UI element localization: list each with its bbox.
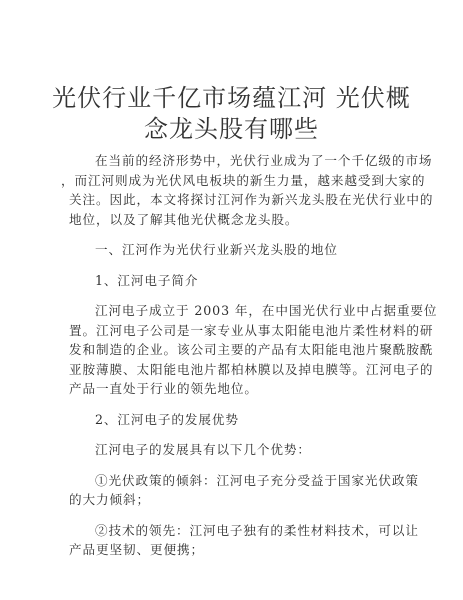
heading-text: 1、江河电子简介 xyxy=(69,271,399,291)
heading-text: 2、江河电子的发展优势 xyxy=(69,410,399,430)
subsection-heading-2: 2、江河电子的发展优势 xyxy=(69,410,399,430)
document-page: 光伏行业千亿市场蕴江河 光伏概 念龙头股有哪些 在当前的经济形势中，光伏行业成为… xyxy=(0,0,463,600)
text-line: 江河电子成立于 2003 年，在中国光伏行业中占据重要位 xyxy=(69,301,399,321)
list-item-advantage-2: ②技术的领先：江河电子独有的柔性材料技术，可以让 产品更坚韧、更便携； xyxy=(69,521,399,560)
text-line: 的大力倾斜； xyxy=(69,490,399,510)
paragraph-company-intro: 江河电子成立于 2003 年，在中国光伏行业中占据重要位 置。江河电子公司是一家… xyxy=(69,301,399,399)
text-line: ，而江河则成为光伏风电板块的新生力量，越来越受到大家的 xyxy=(61,171,399,191)
document-body: 在当前的经济形势中，光伏行业成为了一个千亿级的市场 ，而江河则成为光伏风电板块的… xyxy=(69,151,399,560)
text-line: ①光伏政策的倾斜：江河电子充分受益于国家光伏政策 xyxy=(69,471,399,491)
text-line: 地位，以及了解其他光伏概念龙头股。 xyxy=(69,210,399,230)
text-line: 置。江河电子公司是一家专业从事太阳能电池片柔性材料的研 xyxy=(69,321,399,341)
document-title-line-1: 光伏行业千亿市场蕴江河 光伏概 xyxy=(0,84,463,112)
text-line: 产品更坚韧、更便携； xyxy=(69,540,399,560)
text-line: 亚胺薄膜、太阳能电池片都柏林膜以及掉电膜等。江河电子的 xyxy=(69,360,399,380)
paragraph-intro: 在当前的经济形势中，光伏行业成为了一个千亿级的市场 ，而江河则成为光伏风电板块的… xyxy=(69,151,399,229)
text-line: 关注。因此，本文将探讨江河作为新兴龙头股在光伏行业中的 xyxy=(69,190,399,210)
list-item-advantage-1: ①光伏政策的倾斜：江河电子充分受益于国家光伏政策 的大力倾斜； xyxy=(69,471,399,510)
text-line: ②技术的领先：江河电子独有的柔性材料技术，可以让 xyxy=(69,521,399,541)
paragraph-advantages-intro: 江河电子的发展具有以下几个优势： xyxy=(69,440,399,460)
text-line: 发和制造的企业。该公司主要的产品有太阳能电池片聚酰胺酰 xyxy=(69,340,399,360)
heading-text: 一、江河作为光伏行业新兴龙头股的地位 xyxy=(69,240,399,260)
text-line: 江河电子的发展具有以下几个优势： xyxy=(69,440,399,460)
document-title-line-2: 念龙头股有哪些 xyxy=(0,115,463,143)
subsection-heading-1: 1、江河电子简介 xyxy=(69,271,399,291)
section-heading-1: 一、江河作为光伏行业新兴龙头股的地位 xyxy=(69,240,399,260)
text-line: 在当前的经济形势中，光伏行业成为了一个千亿级的市场 xyxy=(69,151,399,171)
text-line: 产品一直处于行业的领先地位。 xyxy=(69,379,399,399)
